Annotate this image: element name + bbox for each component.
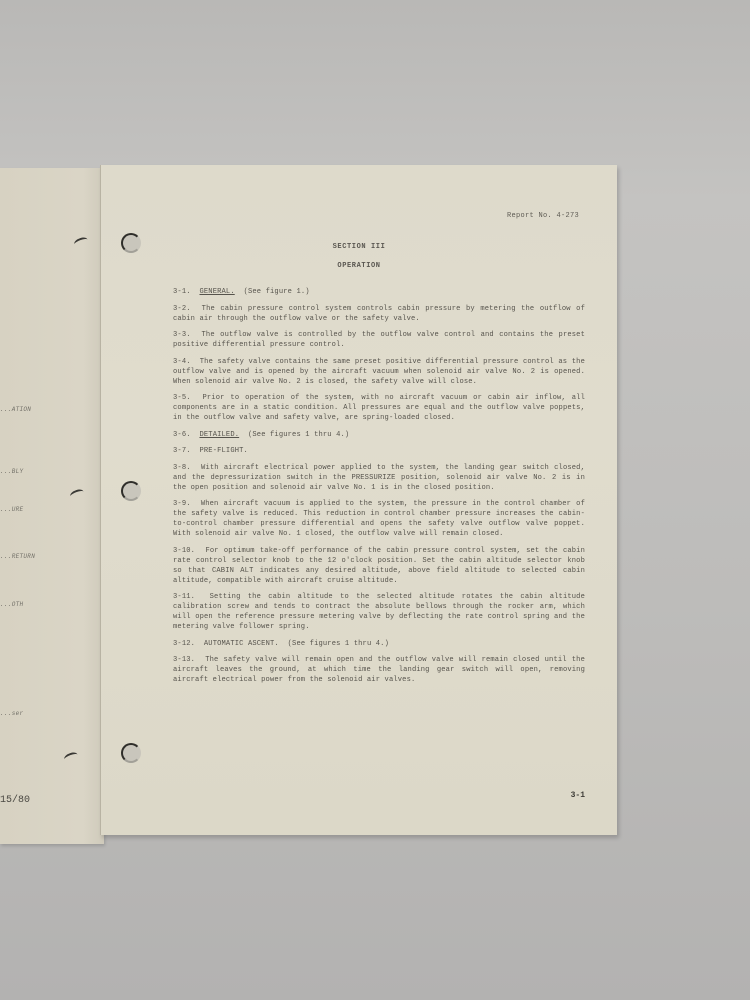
punch-hole-icon	[121, 743, 141, 763]
paragraph-text: (See figures 1 thru 4.)	[248, 431, 349, 439]
paragraph-heading: DETAILED.	[199, 431, 239, 439]
paragraph-3-7: 3-7. PRE-FLIGHT.	[173, 446, 585, 456]
paragraph-text: (See figure 1.)	[244, 288, 310, 296]
report-number: Report No. 4-273	[507, 212, 579, 220]
paragraph-number: 3-8.	[173, 464, 191, 472]
paragraph-3-4: 3-4. The safety valve contains the same …	[173, 357, 585, 387]
punch-hole-mark-icon	[73, 236, 89, 248]
paragraph-3-6: 3-6. DETAILED. (See figures 1 thru 4.)	[173, 430, 585, 440]
punch-hole-mark-icon	[63, 751, 79, 763]
paragraph-3-10: 3-10. For optimum take-off performance o…	[173, 546, 585, 586]
paragraph-number: 3-12.	[173, 640, 195, 648]
document-page: Report No. 4-273 SECTION III OPERATION 3…	[100, 165, 617, 835]
paragraph-text: (See figures 1 thru 4.)	[288, 640, 389, 648]
left-page-fragment: ...BLY	[0, 468, 23, 475]
paragraph-number: 3-4.	[173, 358, 191, 366]
paragraph-3-11: 3-11. Setting the cabin altitude to the …	[173, 592, 585, 632]
paragraph-number: 3-10.	[173, 547, 195, 555]
paragraph-number: 3-11.	[173, 593, 195, 601]
section-title: SECTION III	[101, 243, 617, 251]
paragraph-number: 3-3.	[173, 331, 191, 339]
paragraph-3-3: 3-3. The outflow valve is controlled by …	[173, 330, 585, 350]
paragraph-3-5: 3-5. Prior to operation of the system, w…	[173, 393, 585, 423]
paragraph-heading: GENERAL.	[199, 288, 234, 296]
paragraph-number: 3-6.	[173, 431, 191, 439]
paragraph-text: The outflow valve is controlled by the o…	[173, 331, 585, 349]
left-page-facing: ...ATION ...BLY ...URE ...RETURN ...OTH …	[0, 168, 104, 844]
paragraph-text: Setting the cabin altitude to the select…	[173, 593, 585, 631]
paragraph-text: The safety valve will remain open and th…	[173, 656, 585, 684]
paragraph-number: 3-1.	[173, 288, 191, 296]
paragraph-number: 3-13.	[173, 656, 195, 664]
section-subtitle: OPERATION	[101, 262, 617, 270]
paragraph-3-13: 3-13. The safety valve will remain open …	[173, 655, 585, 685]
paragraph-3-1: 3-1. GENERAL. (See figure 1.)	[173, 287, 585, 297]
document-body: 3-1. GENERAL. (See figure 1.)3-2. The ca…	[173, 287, 585, 692]
paragraph-text: Prior to operation of the system, with n…	[173, 394, 585, 422]
paragraph-3-9: 3-9. When aircraft vacuum is applied to …	[173, 499, 585, 539]
paragraph-number: 3-9.	[173, 500, 191, 508]
paragraph-text: The safety valve contains the same prese…	[173, 358, 585, 386]
left-page-fragment: ...RETURN	[0, 553, 35, 560]
paragraph-heading: PRE-FLIGHT.	[199, 447, 247, 455]
paragraph-number: 3-2.	[173, 305, 191, 313]
paragraph-3-12: 3-12. AUTOMATIC ASCENT. (See figures 1 t…	[173, 639, 585, 649]
paragraph-3-2: 3-2. The cabin pressure control system c…	[173, 304, 585, 324]
page-number: 3-1	[571, 791, 585, 800]
left-page-fragment: ...ser	[0, 710, 23, 717]
paragraph-text: When aircraft vacuum is applied to the s…	[173, 500, 585, 538]
paragraph-text: The cabin pressure control system contro…	[173, 305, 585, 323]
paragraph-3-8: 3-8. With aircraft electrical power appl…	[173, 463, 585, 493]
left-page-fragment: ...ATION	[0, 406, 31, 413]
left-page-fragment: ...OTH	[0, 601, 23, 608]
left-page-fragment: ...URE	[0, 506, 23, 513]
paragraph-number: 3-5.	[173, 394, 191, 402]
paragraph-number: 3-7.	[173, 447, 191, 455]
punch-hole-icon	[121, 481, 141, 501]
left-page-footer: 15/80	[0, 795, 30, 806]
paragraph-text: For optimum take-off performance of the …	[173, 547, 585, 585]
punch-hole-mark-icon	[69, 488, 85, 500]
paragraph-heading: AUTOMATIC ASCENT.	[204, 640, 279, 648]
paragraph-text: With aircraft electrical power applied t…	[173, 464, 585, 492]
